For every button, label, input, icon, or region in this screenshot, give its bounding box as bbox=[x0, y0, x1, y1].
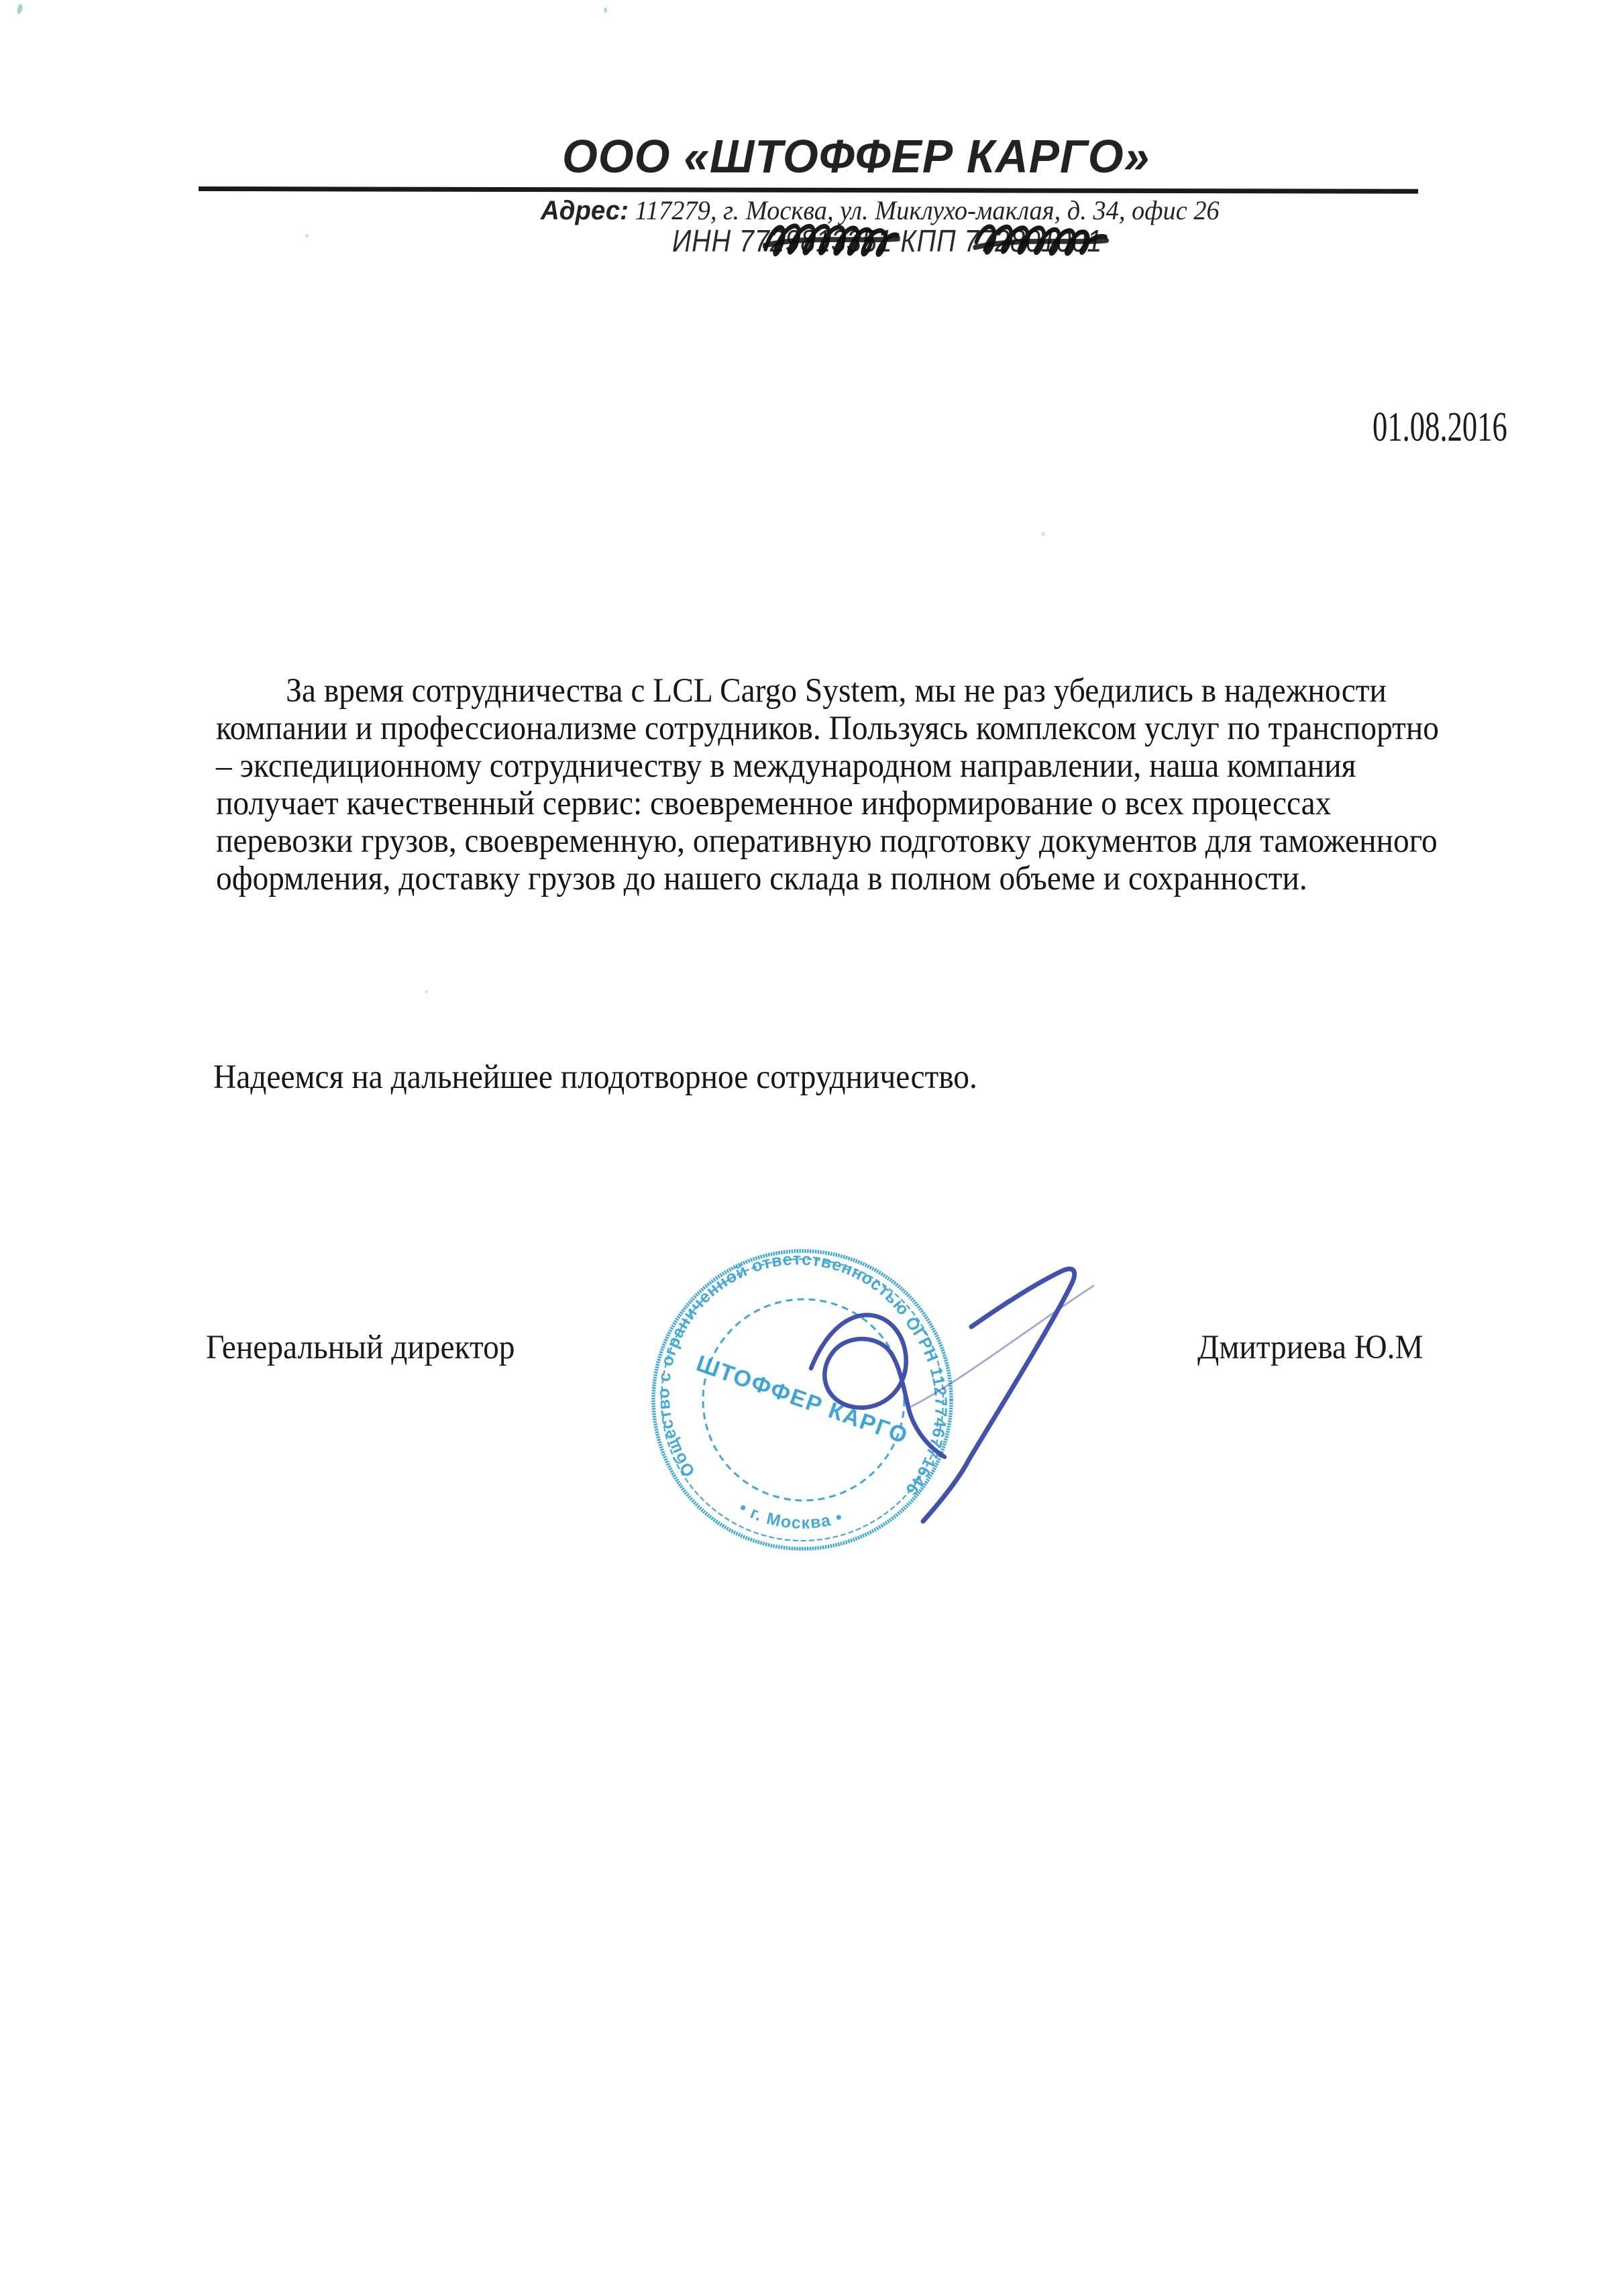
inn-prefix: ИНН 77 bbox=[672, 223, 770, 258]
scan-speck bbox=[305, 234, 309, 237]
inn-digits-scribbled: 29813351 bbox=[770, 223, 893, 258]
body-line: За время сотрудничества с LCL Cargo Syst… bbox=[216, 672, 1439, 710]
body-line: перевозки грузов, своевременную, операти… bbox=[216, 822, 1439, 860]
kpp-digits-scribbled: 72801001 bbox=[979, 223, 1102, 258]
address-label: Адрес: bbox=[541, 196, 629, 225]
pen-scribble bbox=[972, 216, 1110, 268]
address-value: 117279, г. Москва, ул. Миклухо-маклая, д… bbox=[629, 195, 1220, 225]
scan-speck bbox=[604, 7, 607, 13]
stamp-center-text: ШТОФФЕР КАРГО bbox=[693, 1351, 912, 1450]
body-line: – экспедиционному сотрудничеству в между… bbox=[216, 747, 1439, 785]
scanned-letter-page: ООО «ШТОФФЕР КАРГО» Адрес: 117279, г. Мо… bbox=[0, 0, 1616, 2296]
kpp-prefix: КПП 7 bbox=[892, 223, 979, 258]
body-paragraph: За время сотрудничества с LCL Cargo Syst… bbox=[216, 672, 1531, 897]
handwritten-signature bbox=[811, 1269, 1093, 1521]
inn-kpp-line: ИНН 7729813351 КПП 772801001 bbox=[672, 223, 1102, 258]
body-line: получает качественный сервис: своевремен… bbox=[216, 785, 1439, 822]
scan-speck bbox=[425, 990, 428, 993]
scan-speck bbox=[1041, 532, 1045, 536]
letterhead-divider bbox=[199, 186, 1418, 194]
stamp-and-signature: Общество с ограниченной ответственностью… bbox=[624, 1207, 1140, 1570]
stamp-bottom-text: • г. Москва • bbox=[736, 1498, 845, 1533]
closing-line: Надеемся на дальнейшее плодотворное сотр… bbox=[213, 1058, 977, 1096]
company-title: ООО «ШТОФФЕР КАРГО» bbox=[562, 133, 1150, 180]
scan-speck bbox=[16, 3, 23, 14]
body-line: оформления, доставку грузов до нашего ск… bbox=[216, 860, 1439, 897]
signer-name: Дмитриева Ю.М bbox=[1197, 1329, 1423, 1366]
body-line: компании и профессионализме сотрудников.… bbox=[216, 710, 1439, 747]
document-date: 01.08.2016 bbox=[1372, 405, 1507, 449]
pen-scribble bbox=[763, 216, 900, 268]
stamp-bottom-text-element: • г. Москва • bbox=[736, 1498, 845, 1533]
signer-title: Генеральный директор bbox=[206, 1329, 515, 1366]
